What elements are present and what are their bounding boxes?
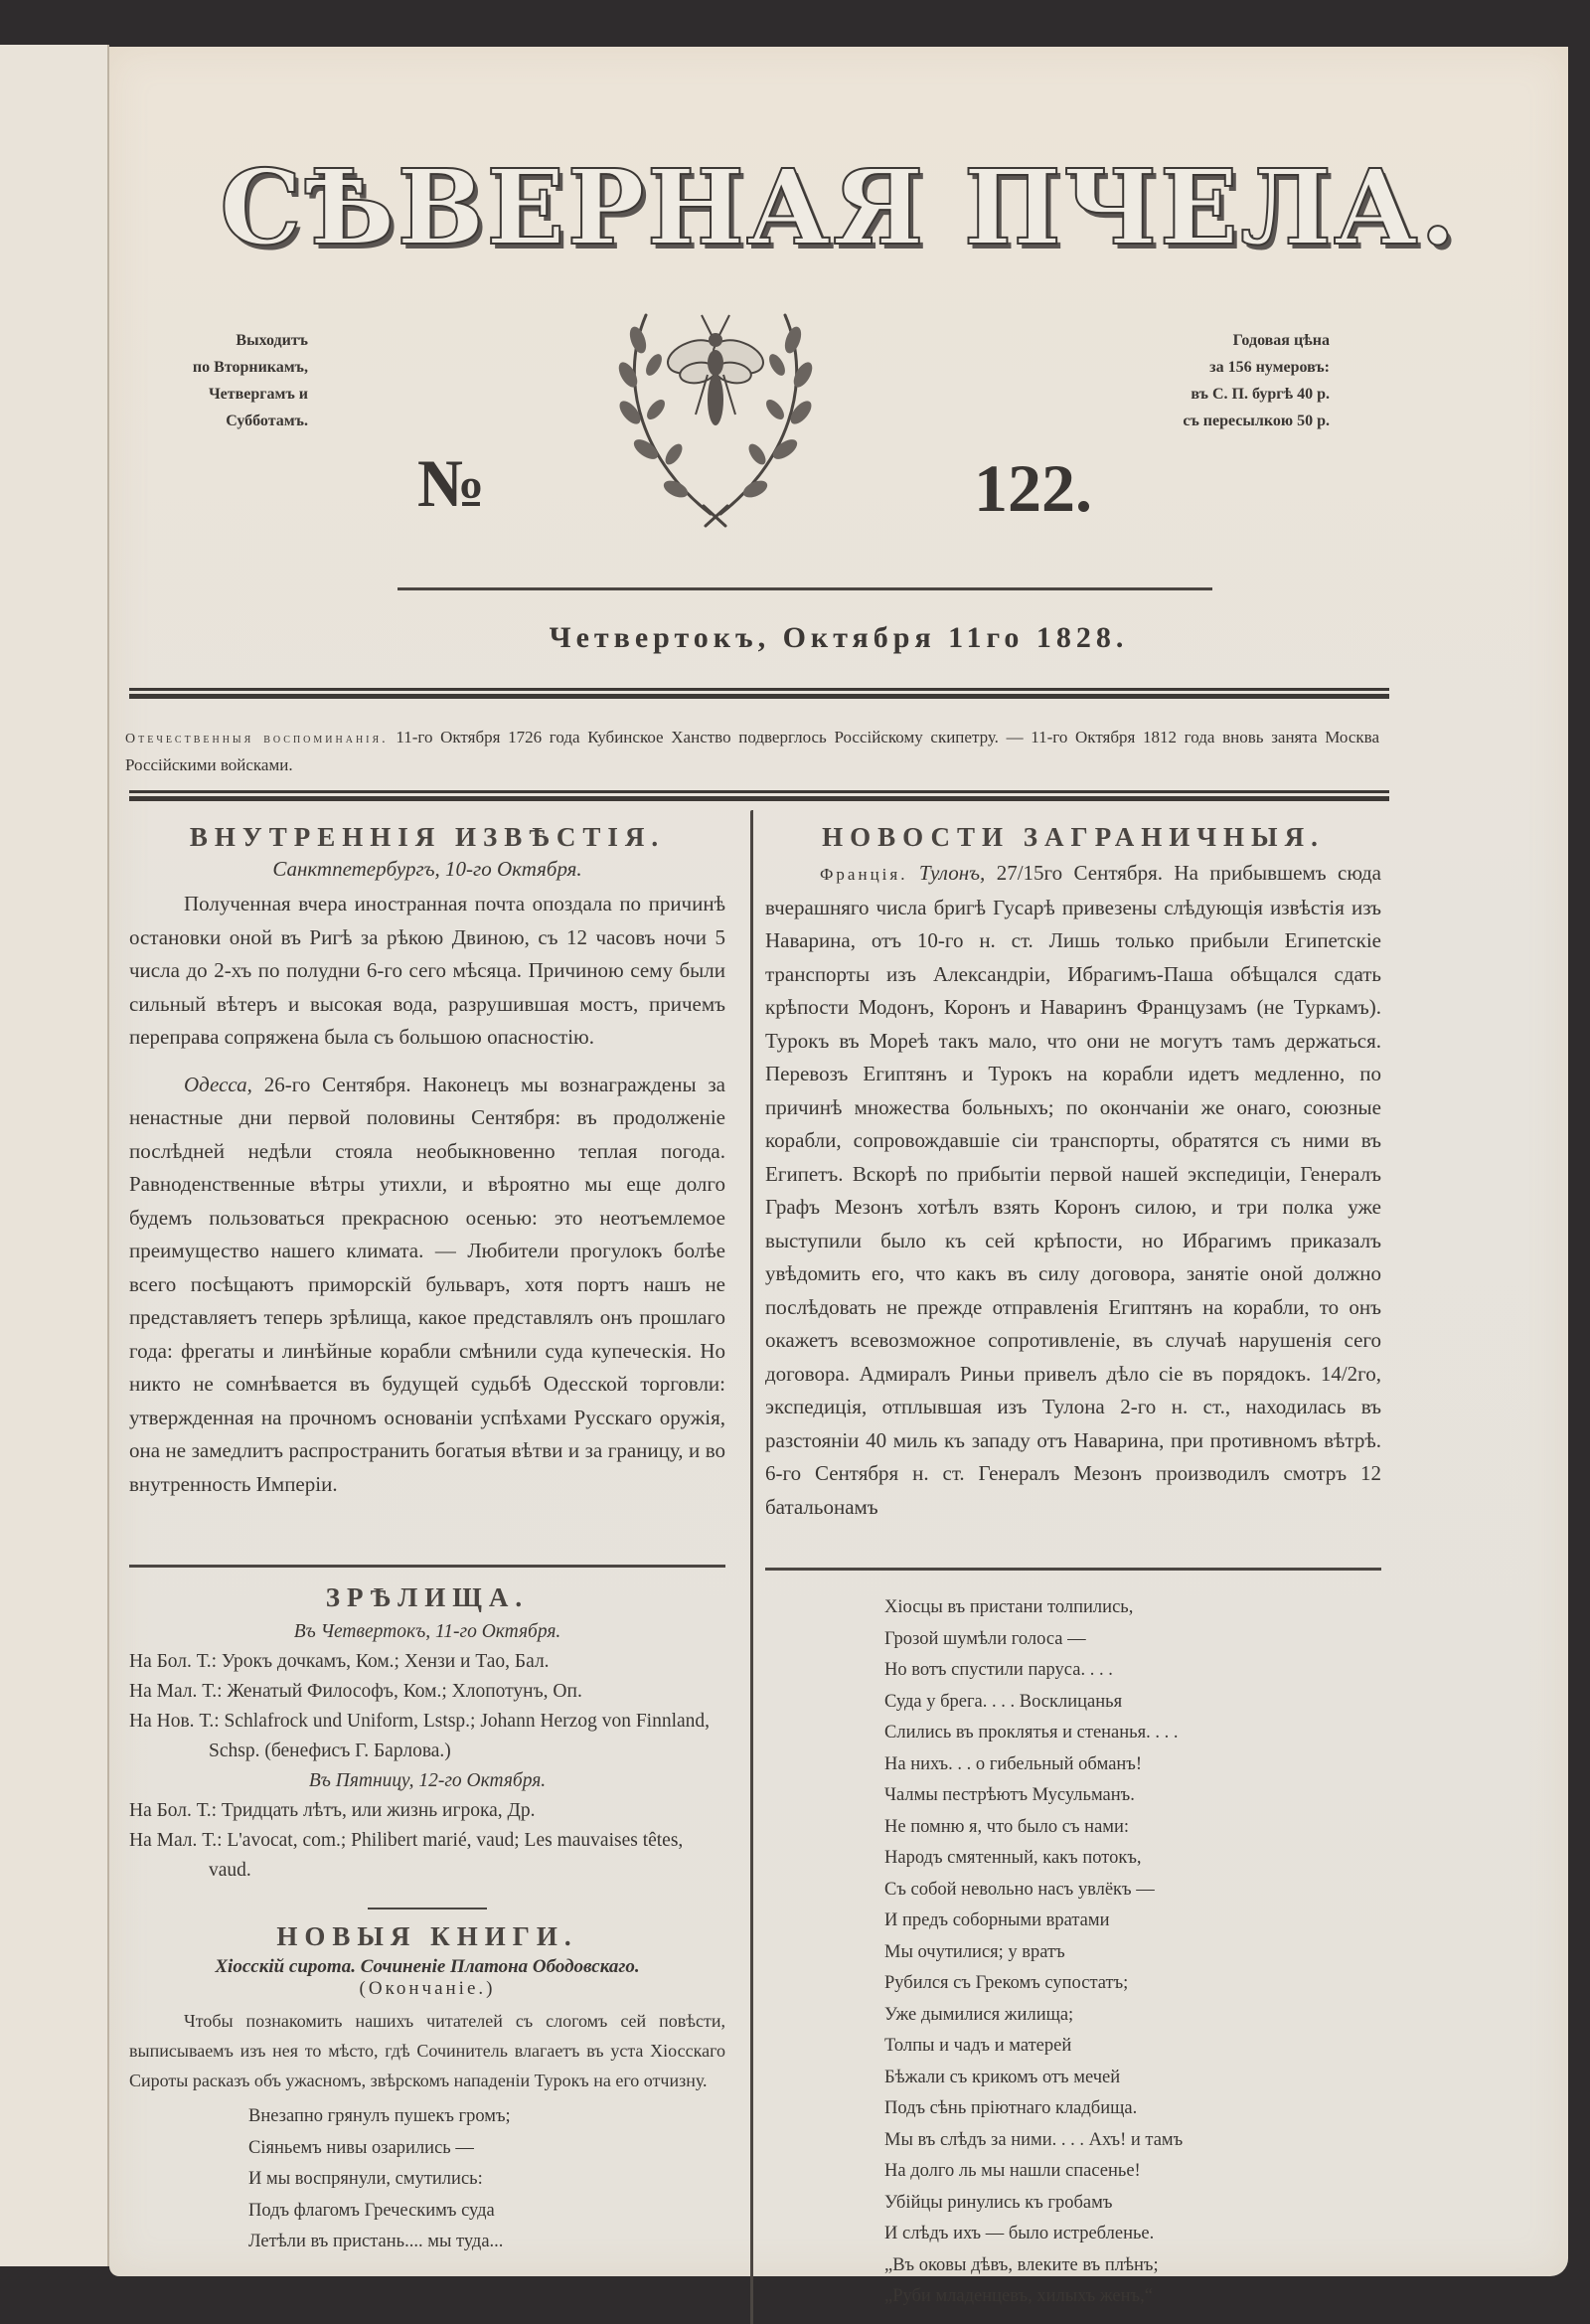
masthead-rule <box>397 587 1212 590</box>
verse-line: Мы въ слѣдъ за ними. . . . Ахъ! и тамъ <box>884 2125 1381 2157</box>
verse-line: На долго ль мы нашли спасенье! <box>884 2156 1381 2188</box>
foreign-country: Франція. <box>820 865 907 884</box>
issue-date: Четвертокъ, Октября 11го 1828. <box>109 621 1568 655</box>
price-line: съ пересылкою 50 р. <box>1131 408 1330 434</box>
verse-line: И слѣдъ ихъ — было истребленье. <box>884 2219 1381 2250</box>
theatre-row: На Бол. Т.: Урокъ дочкамъ, Ком.; Хензи и… <box>129 1647 725 1677</box>
verse-line: Летѣли въ пристань.... мы туда... <box>248 2227 725 2258</box>
bee-wreath-icon <box>586 295 845 534</box>
verse-continuation: Хіосцы въ пристани толпились, Грозой шум… <box>765 1592 1381 2313</box>
verse-line: Уже дымилися жилища; <box>884 2000 1381 2032</box>
date-double-rule <box>129 688 1389 699</box>
theatre-day: Въ Пятницу, 12-го Октября. <box>129 1766 725 1796</box>
section-rule-left <box>129 1565 725 1568</box>
foreign-news-section: НОВОСТИ ЗАГРАНИЧНЫЯ. Франція. Тулонъ, 27… <box>765 822 1381 1524</box>
issue-number: 122. <box>974 449 1092 528</box>
issue-number-sign: № <box>417 444 485 523</box>
verse-line: Суда у брега. . . . Восклицанья <box>884 1687 1381 1719</box>
theatre-heading: ЗРѢЛИЩА. <box>129 1582 725 1613</box>
newspaper-page: СѢВЕРНАЯ ПЧЕЛА. Выходитъ по Вторникамъ, … <box>109 47 1568 2276</box>
verse-line: Подъ сѣнь пріютнаго кладбища. <box>884 2093 1381 2125</box>
theatre-row: На Мал. Т.: L'avocat, com.; Philibert ma… <box>129 1826 725 1886</box>
schedule-line: Выходитъ <box>159 327 308 354</box>
verse-left: Внезапно грянулъ пушекъ громъ; Сіяньемъ … <box>129 2101 725 2258</box>
verse-line: Съ собой невольно насъ увлёкъ — <box>884 1875 1381 1907</box>
odessa-place: Одесса, <box>184 1073 252 1096</box>
schedule-line: Субботамъ. <box>159 408 308 434</box>
verse-line: Хіосцы въ пристани толпились, <box>884 1592 1381 1624</box>
price-line: за 156 нумеровъ: <box>1131 354 1330 381</box>
theatre-row: На Мал. Т.: Женатый Философъ, Ком.; Хлоп… <box>129 1677 725 1707</box>
column-divider <box>750 810 757 2324</box>
theatre-row: На Бол. Т.: Тридцать лѣтъ, или жизнь игр… <box>129 1796 725 1826</box>
verse-line: Бѣжали съ крикомъ отъ мечей <box>884 2063 1381 2094</box>
verse-line: Убійцы ринулись къ гробамъ <box>884 2188 1381 2220</box>
verse-right: Хіосцы въ пристани толпились, Грозой шум… <box>765 1592 1381 2313</box>
verse-line: Чалмы пестрѣютъ Мусульманъ. <box>884 1780 1381 1812</box>
domestic-paragraph: Одесса, 26-го Сентября. Наконецъ мы возн… <box>129 1069 725 1502</box>
foreign-paragraph: Франція. Тулонъ, 27/15го Сентября. На пр… <box>765 857 1381 1524</box>
memorial-lead: Отечественныя воспоминанія. <box>125 732 389 747</box>
books-note: (Окончаніе.) <box>129 1978 725 2000</box>
domestic-news-section: ВНУТРЕННІЯ ИЗВѢСТІЯ. Санктпетербургъ, 10… <box>129 822 725 1501</box>
books-intro: Чтобы познакомить нашихъ читателей съ сл… <box>129 2006 725 2095</box>
schedule-line: по Вторникамъ, <box>159 354 308 381</box>
memorial-note: Отечественныя воспоминанія. 11-го Октябр… <box>125 725 1379 778</box>
books-heading: НОВЫЯ КНИГИ. <box>129 1921 725 1952</box>
verse-line: Внезапно грянулъ пушекъ громъ; <box>248 2101 725 2133</box>
facing-page-edge <box>0 45 109 2266</box>
price-line: Годовая цѣна <box>1131 327 1330 354</box>
odessa-text: 26-го Сентября. Наконецъ мы вознагражден… <box>129 1073 725 1496</box>
verse-line: Но вотъ спустили паруса. . . . <box>884 1655 1381 1687</box>
verse-line: Мы очутилися; у вратъ <box>884 1937 1381 1969</box>
verse-line: И предъ соборными вратами <box>884 1906 1381 1937</box>
verse-line: Сіяньемъ нивы озарились — <box>248 2133 725 2165</box>
verse-line: Слились въ проклятья и стенанья. . . . <box>884 1718 1381 1749</box>
publication-schedule: Выходитъ по Вторникамъ, Четвергамъ и Суб… <box>159 327 308 434</box>
foreign-place: Тулонъ, <box>919 861 985 885</box>
schedule-line: Четвергамъ и <box>159 381 308 408</box>
domestic-dateline: Санктпетербургъ, 10-го Октября. <box>129 857 725 882</box>
books-subtitle: Хіосскій сирота. Сочиненіе Платона Ободо… <box>129 1956 725 1978</box>
books-rule <box>368 1908 487 1909</box>
verse-line: Подъ флагомъ Греческимъ суда <box>248 2196 725 2228</box>
subscription-price: Годовая цѣна за 156 нумеровъ: въ С. П. б… <box>1131 327 1330 434</box>
verse-line: И мы воспрянули, смутились: <box>248 2164 725 2196</box>
domestic-news-heading: ВНУТРЕННІЯ ИЗВѢСТІЯ. <box>129 822 725 853</box>
verse-line: На нихъ. . . о гибельный обманъ! <box>884 1749 1381 1781</box>
verse-line: Рубился съ Грекомъ супостатъ; <box>884 1968 1381 2000</box>
verse-line: „Въ оковы дѣвъ, влеките въ плѣнъ; <box>884 2250 1381 2282</box>
theatre-section: ЗРѢЛИЩА. Въ Четвертокъ, 11-го Октября. Н… <box>129 1582 725 2258</box>
memorial-double-rule <box>129 790 1389 801</box>
domestic-paragraph: Полученная вчера иностранная почта опозд… <box>129 888 725 1055</box>
foreign-text: 27/15го Сентября. На прибывшемъ сюда вче… <box>765 861 1381 1519</box>
foreign-news-heading: НОВОСТИ ЗАГРАНИЧНЫЯ. <box>765 822 1381 853</box>
section-rule-right <box>765 1568 1381 1571</box>
verse-line: Толпы и чадъ и матерей <box>884 2031 1381 2063</box>
theatre-listings: Въ Четвертокъ, 11-го Октября. На Бол. Т.… <box>129 1617 725 1886</box>
verse-line: Народъ смятенный, какъ потокъ, <box>884 1843 1381 1875</box>
masthead-title: СѢВЕРНАЯ ПЧЕЛА. <box>109 146 1568 268</box>
verse-line: „Руби младенцевъ, хилыхъ женъ,“ <box>884 2281 1381 2313</box>
theatre-day: Въ Четвертокъ, 11-го Октября. <box>129 1617 725 1647</box>
verse-line: Не помню я, что было съ нами: <box>884 1812 1381 1844</box>
price-line: въ С. П. бургѣ 40 р. <box>1131 381 1330 408</box>
theatre-row: На Нов. Т.: Schlafrock und Uniform, Lsts… <box>129 1707 725 1766</box>
verse-line: Грозой шумѣли голоса — <box>884 1624 1381 1656</box>
